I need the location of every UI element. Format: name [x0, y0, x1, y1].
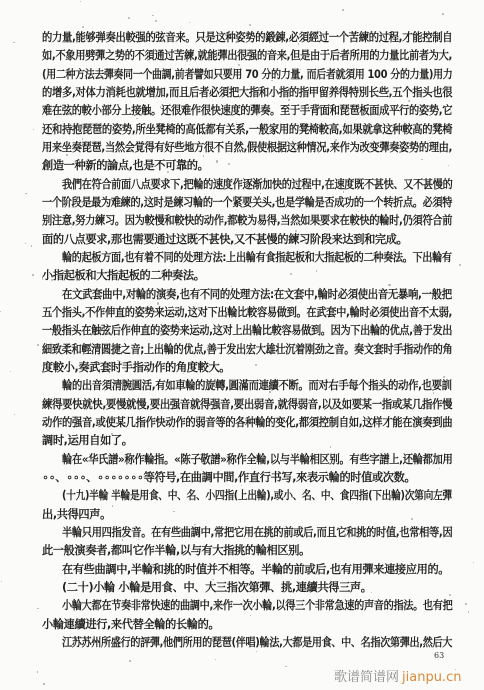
text-line: 一个阶段是最为难練的,这时是練习輪的一个紧要关头,也是学輪是否成功的一个转折点。… — [42, 196, 414, 210]
text-line: 度較小,奏武套时手指动作的角度較大。 — [42, 361, 452, 375]
text-line: 在有些曲調中,半輪和挑的时值并不相等。半輪的前或后,也有用彈来連接应用的。 — [62, 563, 452, 577]
text-line: (二十)小輪 小輪是用食、中、大三指次第彈、挑,連續共得三声。 — [62, 581, 452, 595]
text-line: 动作的强音,或使某几指作快动作的弱音等的各种輪的变化,都須控制自如,这样才能在演… — [42, 416, 420, 430]
text-line: (用二种方法去彈奏同一个曲調,前者譬如只要用 70 分的力量, 而后者就須用 1… — [42, 68, 406, 82]
text-line: 面的八点要求,那也需要通过这既不甚快,又不甚慢的練习阶段来达到和完成。 — [42, 233, 452, 247]
scanned-page: 的力量,能够弹奏出較强的弦音来。只是这种姿势的鍛錬,必須經过一个苦練的过程,才能… — [0, 0, 484, 690]
text-line: 五个指头,不作伸直的姿势来运动,这对下出輪比較容易做到。在武套中,輪时必須使出音… — [42, 306, 416, 320]
text-line: 如,不象用劈彈之势的不須通过苦練,就能彈出很强的音来,但是由于后者所用的力量比前… — [42, 49, 416, 63]
watermark-url: jianpu.cn — [402, 670, 461, 685]
text-line: 的增多,对体力消耗也就增加,而且后者必須把大指和小指的指甲留养得特別长些,五个指… — [42, 86, 420, 100]
text-line: 的力量,能够弹奏出較强的弦音来。只是这种姿势的鍛錬,必須經过一个苦練的过程,才能… — [42, 31, 420, 45]
text-line: 出,共得四声。 — [42, 508, 452, 522]
text-line: 一般指头在触弦后作伸直的姿势来运动,这对上出輪比較容易做到。因为下出輪的优点,善… — [42, 324, 414, 338]
text-line: 在文武套曲中,对輪的演奏,也有不同的处理方法:在文套中,輪时必須使出音无暴响,一… — [62, 288, 423, 302]
text-line: ∘∘、∘∘∘、∘∘∘∘∘∘∘等符号,在曲調中間,作直行书写,來表示輪的时值或次数… — [42, 471, 452, 485]
text-line: 此一般演奏者,都叫它作半輪,以与有大指挑的輪相区别。 — [42, 544, 452, 558]
text-line: 用来坐奏琵琶,当然会覚得有好些地方很不自然,假使根据这种情况,来作为改变彈奏姿势… — [42, 141, 416, 155]
text-line: 小輪連續进行,来代替全輪的长輪的。 — [42, 618, 452, 632]
text-line: 还和持抱琵琶的姿势,所坐凳椅的高低都有关系,一般家用的凳椅較高,如果就拿这种較高… — [42, 123, 420, 137]
text-line: 輪的出音須清腕圓活,有如車輪的旋轉,圓滿而連續不断。而对右手每个指头的动作,也要… — [62, 379, 421, 393]
text-line: 别注意,努力練习。因为較慢和較快的动作,都較为易得,当然如果要求在較快的輪时,仍… — [42, 214, 416, 228]
text-line: 細致柔和輕清圆捷之音;上出輪的优点,善于发出宏大雄壮沉着刚劲之音。奏文套时手指动… — [42, 343, 414, 357]
text-line: 輪的起板方面,也有着不同的处理方法:上出輪有食指起板和大指起板的二种奏法。下出輪… — [62, 251, 415, 265]
text-line: 小指起板和大指起板的二种奏法。 — [42, 269, 452, 283]
text-line: 小輪大都在节奏非常快速的曲調中,来作一次小輪,以得三个非常急速的声音的指法。也有… — [62, 599, 416, 613]
text-line: 調时,运用自如了。 — [42, 434, 452, 448]
text-line: 練得要快就快,要慢就慢,要出强音就得强音,要出弱音,就得弱音,以及如要某一指或某… — [42, 398, 422, 412]
watermark: 歌谱简谱网jianpu.cn — [334, 666, 461, 685]
watermark-site-name: 歌谱简谱网 — [334, 670, 399, 685]
text-line: 半輪只用四指发音。在有些曲調中,常把它用在挑的前或后,而且它和挑的时值,也常相等… — [62, 526, 418, 540]
text-line: 难在弦的較小部分上接触。还很难作很快速度的彈奏。至于手背面和琵琶板面成平行的姿势… — [42, 104, 417, 118]
text-line: 輪在«华氏譜»称作輪指。«陈子敬譜»称作全輪,以与半輪相区别。有些字譜上,还輪都… — [62, 453, 420, 467]
text-line: 江苏苏州所盛行的評彈,他們所用的琵琶(伴唱)輪法,大都是用食、中、名指次第彈出,… — [62, 636, 413, 650]
text-line: (十九)半輪 半輪是用食、中、名、小四指(上出輪),或小、名、中、食四指(下出輪… — [62, 489, 402, 503]
text-line: 創造一种新的論点,也是不可靠的。 — [42, 159, 452, 173]
text-line: 我們在符合前面八点要求下,把輪的速度作逐渐加快的过程中,在速度既不甚快、又不甚慢… — [62, 178, 416, 192]
page-number: 63 — [434, 651, 444, 660]
